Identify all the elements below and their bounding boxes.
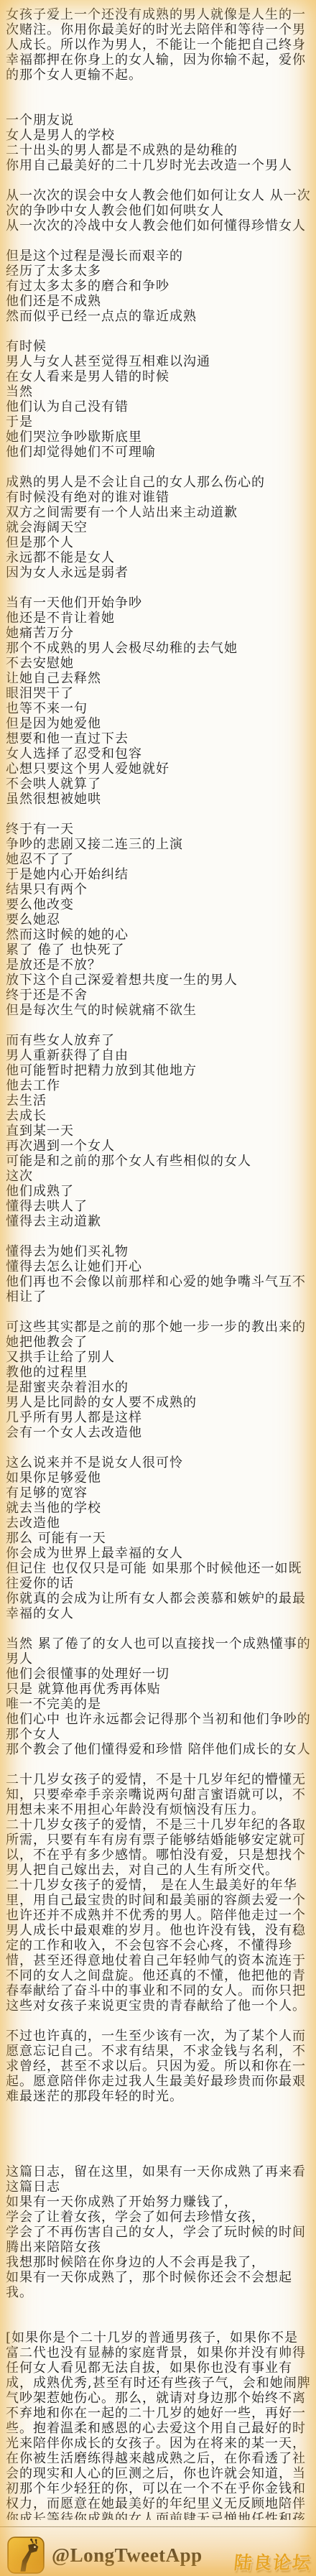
text-line: 终于有一天 xyxy=(6,822,311,837)
text-line: 虽然很想被她哄 xyxy=(6,792,311,807)
text-line: 但记住 也仅仅只是可能 如果那个时候他还一如既往爱你的话 xyxy=(6,1561,311,1591)
text-line: 几乎所有男人都是这样 xyxy=(6,1410,311,1425)
paragraph: 当然 累了倦了的女人也可以直接找一个成熟懂事的男人他们会很懂事的处理好一切只是 … xyxy=(6,1636,311,1757)
text-line: 你用自己最美好的二十几岁时光去改造一个男人 xyxy=(6,158,311,173)
text-line: 因为女人永远是弱者 xyxy=(6,565,311,580)
text-line: 懂得去主动道歉 xyxy=(6,1214,311,1229)
text-line: 有过太多太多的磨合和争吵 xyxy=(6,279,311,294)
text-line: 懂得去怎么让她们开心 xyxy=(6,1259,311,1274)
text-line: 在女人看来是男人错的时候 xyxy=(6,369,311,384)
paragraph: 终于有一天争吵的悲剧又接二连三的上演她忍不了了于是她内心开始纠结结果只有两个要么… xyxy=(6,822,311,1018)
text-line: 当然 xyxy=(6,384,311,399)
text-line: 累了 倦了 也快死了 xyxy=(6,942,311,958)
text-line: 是甜蜜夹杂着泪水的 xyxy=(6,1380,311,1395)
paragraph: 从一次次的误会中女人教会他们如何让女人 从一次次的争吵中女人教会他们如何哄女人从… xyxy=(6,188,311,233)
text-line: 成熟的男人是不会让自己的女人那么伤心的 xyxy=(6,475,311,490)
text-line: 结果只有两个 xyxy=(6,882,311,897)
text-line: 你会成为世界上最幸福的女人 xyxy=(6,1546,311,1561)
text-line: 女人选择了忍受和包容 xyxy=(6,746,311,761)
app-handle: @LongTweetApp xyxy=(52,2544,203,2567)
text-line: 他们会很懂事的处理好一切 xyxy=(6,1667,311,1682)
text-line: 心想只要这个男人爱她就好 xyxy=(6,761,311,777)
forum-watermark: 陆良论坛 xyxy=(233,2549,313,2575)
text-line: 但是那个人 xyxy=(6,535,311,550)
text-line: 她忍不了了 xyxy=(6,852,311,867)
text-line: 不会哄人就算了 xyxy=(6,777,311,792)
paragraph: 但是这个过程是漫长而艰辛的经历了太多太多有过太多太多的磨合和争吵他们还是不成熟然… xyxy=(6,249,311,324)
text-line: 然而似乎已经一点点的靠近成熟 xyxy=(6,309,311,324)
text-line: 女人是男人的学校 xyxy=(6,128,311,143)
text-line: 如果有一天你成熟了开始努力赚钱了， xyxy=(6,2195,311,2210)
text-line: 他们却觉得她们不可理喻 xyxy=(6,445,311,460)
text-line: 可这些其实都是之前的那个她一步一步的教出来的 xyxy=(6,1320,311,1335)
text-line: 有时候没有绝对的谁对谁错 xyxy=(6,490,311,505)
text-line: 教他的过程里 xyxy=(6,1365,311,1380)
text-line: 当然 累了倦了的女人也可以直接找一个成熟懂事的男人 xyxy=(6,1636,311,1667)
text-line: 二十几岁女孩子的爱情， 是在人生最美好的年华里，用自己最宝贵的时间和最美丽的容颜… xyxy=(6,1878,311,2014)
text-line: 那么 可能有一天 xyxy=(6,1531,311,1546)
paragraph: 而有些女人放弃了男人重新获得了自由他可能暂时把精力放到其他地方他去工作去生活去成… xyxy=(6,1033,311,1229)
text-line: 他去工作 xyxy=(6,1078,311,1093)
text-line: 然而这时候的她的心 xyxy=(6,927,311,942)
text-line: 男人重新获得了自由 xyxy=(6,1048,311,1063)
text-line: 再次遇到一个女人 xyxy=(6,1139,311,1154)
text-line: 他们心中 也许永远都会记得那个当初和他们争吵的那个女人 xyxy=(6,1712,311,1742)
text-line: 而有些女人放弃了 xyxy=(6,1033,311,1048)
text-line: 去改造他 xyxy=(6,1516,311,1531)
text-line: 他们认为自己没有错 xyxy=(6,399,311,414)
text-line: 但是每次生气的时候就痛不欲生 xyxy=(6,1003,311,1018)
paragraph: 当有一天他们开始争吵他还是不肯让着她她痛苦万分那个不成熟的男人会极尽幼稚的去气她… xyxy=(6,596,311,807)
text-line: 二十出头的男人都是不成熟的是幼稚的 xyxy=(6,143,311,158)
text-line: 也等不来一句 xyxy=(6,701,311,716)
text-line: 直到某一天 xyxy=(6,1123,311,1139)
text-line: 我想那时候陪在你身边的人不会再是我了， xyxy=(6,2255,311,2270)
giraffe-icon xyxy=(7,2536,45,2574)
longtweet-image: 女孩子爱上一个还没有成熟的男人就像是人生的一次赌注。你用你最美好的时光去陪伴和等… xyxy=(0,0,316,2576)
paragraph: [如果你是个二十几岁的普通男孩子，如果你不是富二代也没有显赫的家庭背景，如果你并… xyxy=(6,2330,311,2520)
text-line: 她们哭泣争吵歇斯底里 xyxy=(6,430,311,445)
text-line: 可能是和之前的那个女人有些相似的女人 xyxy=(6,1154,311,1169)
text-line: 她把他教会了 xyxy=(6,1335,311,1350)
text-line: 那个不成熟的男人会极尽幼稚的去气她 xyxy=(6,641,311,656)
text-line: 那个教会了他们懂得爱和珍惜 陪伴他们成长的女人 xyxy=(6,1742,311,1757)
text-line: 放下这个自己深爱着想共度一生的男人 xyxy=(6,973,311,988)
text-line: 眼泪哭干了 xyxy=(6,686,311,701)
text-line: 女孩子爱上一个还没有成熟的男人就像是人生的一次赌注。你用你最美好的时光去陪伴和等… xyxy=(6,7,311,83)
text-line: 但是这个过程是漫长而艰辛的 xyxy=(6,249,311,264)
text-line: 男人与女人甚至觉得互相难以沟通 xyxy=(6,354,311,369)
text-line: 经历了太多太多 xyxy=(6,264,311,279)
text-line: 这次 xyxy=(6,1169,311,1184)
text-line: 这么说来并不是说女人很可怜 xyxy=(6,1455,311,1470)
text-line: 二十几岁女孩子的爱情，不是三十几岁年纪的各取所需，只要有车有房有票子能够结婚能够… xyxy=(6,1817,311,1878)
text-line: 他们还是不成熟 xyxy=(6,294,311,309)
text-line: 但是因为她爱他 xyxy=(6,716,311,731)
paragraph: 成熟的男人是不会让自己的女人那么伤心的有时候没有绝对的谁对谁错双方之间需要有一个… xyxy=(6,475,311,580)
text-body: 女孩子爱上一个还没有成熟的男人就像是人生的一次赌注。你用你最美好的时光去陪伴和等… xyxy=(6,7,311,2520)
text-line: 当有一天他们开始争吵 xyxy=(6,596,311,611)
text-line: 他还是不肯让着她 xyxy=(6,611,311,626)
text-line: 懂得去为她们买礼物 xyxy=(6,1244,311,1259)
text-line: 去生活 xyxy=(6,1093,311,1108)
text-line: [如果你是个二十几岁的普通男孩子，如果你不是富二代也没有显赫的家庭背景，如果你并… xyxy=(6,2330,311,2520)
text-line: 懂得去哄人了 xyxy=(6,1199,311,1214)
paragraph: 可这些其实都是之前的那个她一步一步的教出来的她把他教会了又拱手让给了别人教他的过… xyxy=(6,1320,311,1440)
text-line: 只是 就算他再优秀再体贴 xyxy=(6,1682,311,1697)
text-line: 从一次次的误会中女人教会他们如何让女人 从一次次的争吵中女人教会他们如何哄女人 xyxy=(6,188,311,218)
paragraph: 不过也许真的，一生至少该有一次，为了某个人而愿意忘记自己。不求有结果，不求金钱与… xyxy=(6,2029,311,2104)
text-line: 让她自己去释然 xyxy=(6,671,311,686)
paragraph: 有时候男人与女人甚至觉得互相难以沟通在女人看来是男人错的时候当然他们认为自己没有… xyxy=(6,339,311,460)
text-line: 就会海阔天空 xyxy=(6,520,311,535)
text-line: 这篇日志，留在这里，如果有一天你成熟了再来看这篇日志 xyxy=(6,2164,311,2195)
paragraph: 一个朋友说女人是男人的学校二十出头的男人都是不成熟的是幼稚的你用自己最美好的二十… xyxy=(6,113,311,173)
text-line: 他们再也不会像以前那样和心爱的她争嘴斗气互不相让了 xyxy=(6,1274,311,1305)
text-line: 他可能暂时把精力放到其他地方 xyxy=(6,1063,311,1078)
paragraph: 女孩子爱上一个还没有成熟的男人就像是人生的一次赌注。你用你最美好的时光去陪伴和等… xyxy=(6,7,311,83)
text-line: 双方之间需要有一个人站出来主动道歉 xyxy=(6,505,311,520)
text-line: 如果你足够爱他 xyxy=(6,1470,311,1486)
text-line: 有足够的宽容 xyxy=(6,1486,311,1501)
text-line: 又拱手让给了别人 xyxy=(6,1350,311,1365)
text-line: 就去当他的学校 xyxy=(6,1501,311,1516)
text-line: 永远都不能是女人 xyxy=(6,550,311,565)
text-line: 要么她忍 xyxy=(6,912,311,927)
footer: @LongTweetApp 陆良论坛 xyxy=(0,2526,316,2576)
text-line: 去成长 xyxy=(6,1108,311,1123)
paragraph: 这篇日志，留在这里，如果有一天你成熟了再来看这篇日志如果有一天你成熟了开始努力赚… xyxy=(6,2164,311,2300)
text-line: 不去安慰她 xyxy=(6,656,311,671)
text-line: 有时候 xyxy=(6,339,311,354)
text-line: 学会了让着女孩，学会了如何去珍惜女孩， xyxy=(6,2210,311,2225)
text-line: 不过也许真的，一生至少该有一次，为了某个人而愿意忘记自己。不求有结果，不求金钱与… xyxy=(6,2029,311,2104)
text-line: 终于还是不舍 xyxy=(6,988,311,1003)
text-line: 于是她内心开始纠结 xyxy=(6,867,311,882)
paragraph: 懂得去为她们买礼物懂得去怎么让她们开心他们再也不会像以前那样和心爱的她争嘴斗气互… xyxy=(6,1244,311,1305)
text-line: 男人是比同龄的女人要不成熟的 xyxy=(6,1395,311,1410)
text-line: 你就真的会成为让所有女人都会羡慕和嫉妒的最最幸福的女人 xyxy=(6,1591,311,1621)
text-line: 要么他改变 xyxy=(6,897,311,912)
app-brand: @LongTweetApp xyxy=(7,2536,203,2574)
paragraph: 这么说来并不是说女人很可怜如果你足够爱他有足够的宽容就去当他的学校去改造他那么 … xyxy=(6,1455,311,1621)
text-line: 会有一个女人去改造他 xyxy=(6,1425,311,1440)
text-line: 从一次次的冷战中女人教会他们如何懂得珍惜女人 xyxy=(6,218,311,233)
text-line: 争吵的悲剧又接二连三的上演 xyxy=(6,837,311,852)
text-line: 唯一不完美的是 xyxy=(6,1697,311,1712)
text-line: 于是 xyxy=(6,414,311,430)
text-line: 一个朋友说 xyxy=(6,113,311,128)
text-line: 想要和他一直过下去 xyxy=(6,731,311,746)
text-line: 二十几岁女孩子的爱情，不是十几岁年纪的懵懂无知，只要牵牵手亲亲嘴说两句甜言蜜语就… xyxy=(6,1772,311,1817)
text-line: 学会了不再伤害自己的女人，学会了玩时候的时间腾出来陪陪女孩 xyxy=(6,2225,311,2255)
text-line: 如果有一天你成熟了，那个时候你还会不会想起我。 xyxy=(6,2270,311,2300)
paragraph: 二十几岁女孩子的爱情，不是十几岁年纪的懵懂无知，只要牵牵手亲亲嘴说两句甜言蜜语就… xyxy=(6,1772,311,2014)
text-line: 是放还是不放？ xyxy=(6,958,311,973)
text-line: 她痛苦万分 xyxy=(6,626,311,641)
text-line: 他们成熟了 xyxy=(6,1184,311,1199)
